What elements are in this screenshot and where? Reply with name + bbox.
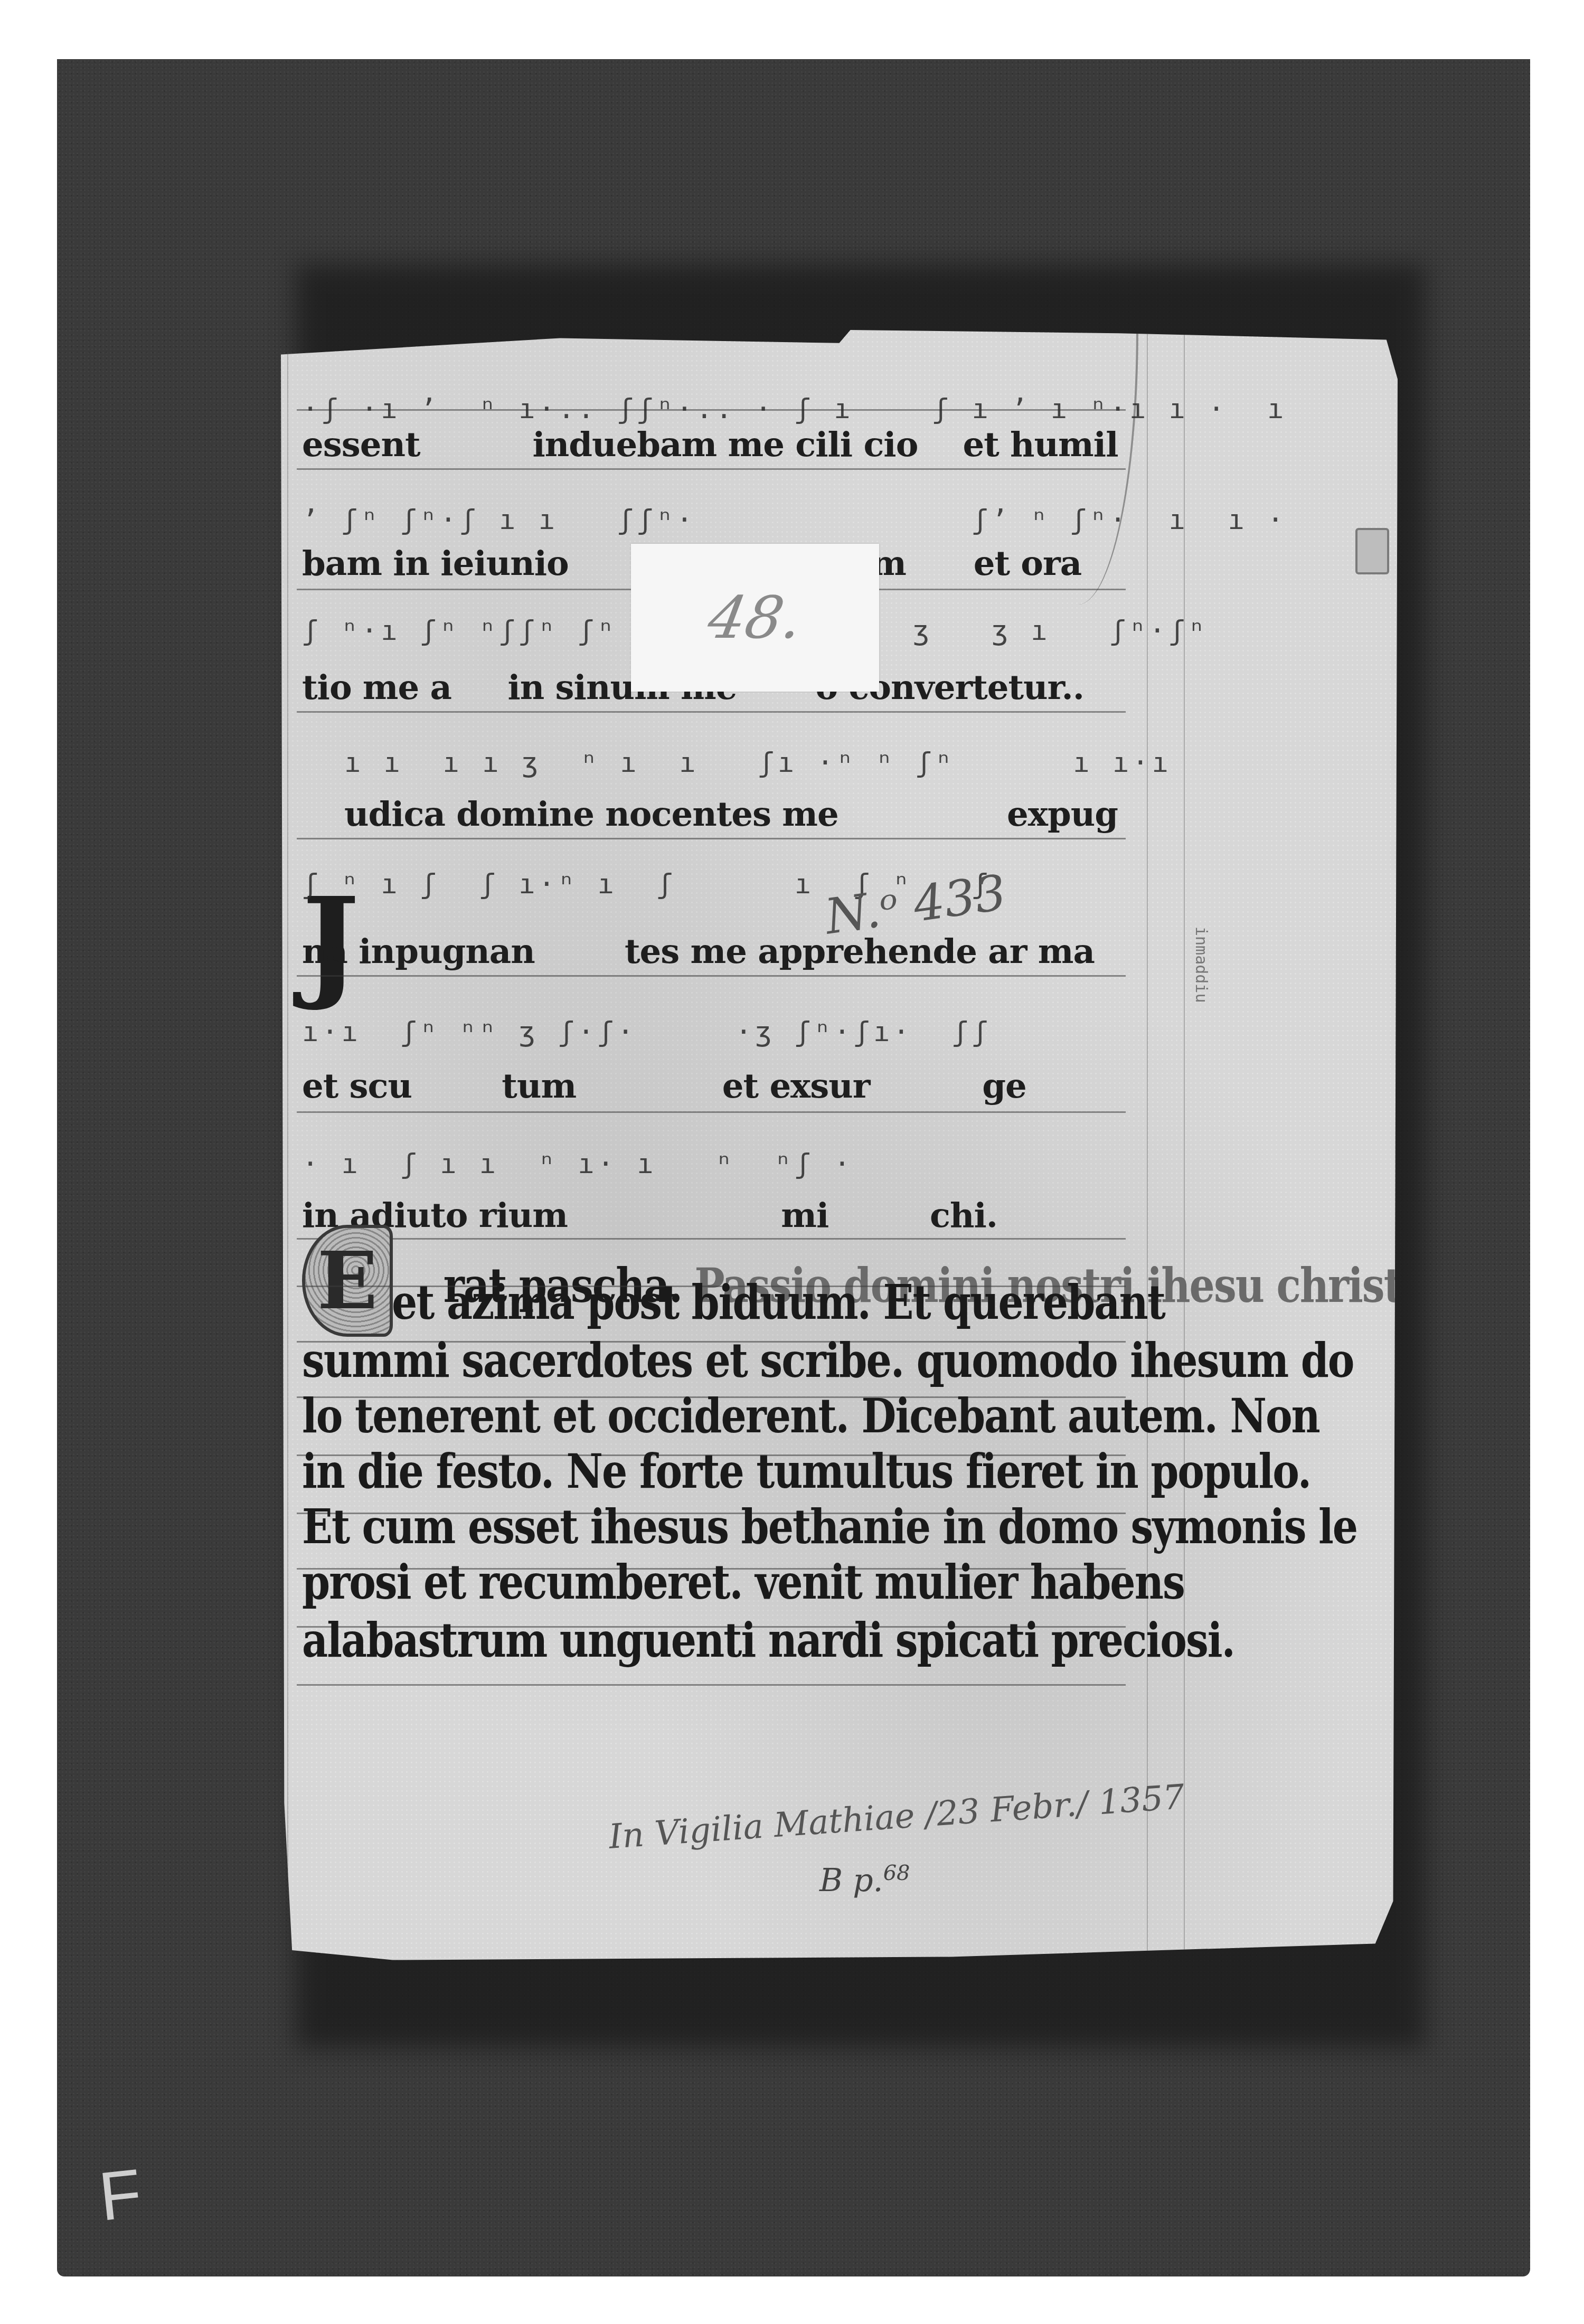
pencil-annotation-reference: B p.68 [819, 1861, 910, 1899]
chant-text-line: et scu tum et exsur ge [302, 1066, 1026, 1106]
label-number: 48. [703, 584, 807, 651]
manuscript-leaf: inmaddiu ·ʃ ·ı ʼ ⁿ ı·.. ʃʃⁿ·.. · ʃ ı ʃ ı… [281, 330, 1398, 1967]
reference-number: 68 [883, 1861, 910, 1885]
chant-text-line: udica domine nocentes me expug [344, 795, 1118, 834]
decorated-initial-e: E [302, 1225, 393, 1337]
prose-line: lo tenerent et occiderent. Dicebant aute… [302, 1388, 1319, 1443]
neume-line: · ı ʃ ı ı ⁿ ı· ı ⁿ ⁿʃ · [302, 1148, 854, 1180]
ruling-line [297, 1684, 1126, 1686]
prose-line: et azima post biduum. Et querebant [392, 1274, 1165, 1330]
chant-text-line: essent induebam me cili cio et humil [302, 425, 1118, 465]
prose-line: alabastrum unguenti nardi spicati precio… [302, 1612, 1234, 1668]
neume-line: ı ı ı ı ʒ ⁿ ı ı ʃı ·ⁿ ⁿ ʃⁿ ı ı·ı [344, 747, 1172, 779]
prose-line: summi sacerdotes et scribe. quomodo ihes… [302, 1333, 1353, 1388]
prose-line: prosi et recumberet. venit mulier habens [302, 1554, 1184, 1610]
paper-number-label: 48. [631, 544, 879, 692]
binding-clasp [1355, 528, 1389, 574]
ruling-line [297, 1111, 1126, 1113]
neume-line: ʼ ʃⁿ ʃⁿ·ʃ ı ı ʃʃⁿ· ʃʼ ⁿ ʃⁿ· ı ı · [302, 504, 1287, 536]
initial-letter-e: E [317, 1234, 378, 1327]
fold-line [1184, 330, 1185, 1967]
fold-line [1147, 330, 1148, 1967]
neume-line: ·ʃ ·ı ʼ ⁿ ı·.. ʃʃⁿ·.. · ʃ ı ʃ ı ʼ ı ⁿ·ı … [302, 393, 1287, 425]
parchment-tear [1078, 330, 1138, 604]
board-corner-mark: F [95, 2153, 145, 2236]
prose-line: Et cum esset ihesus bethanie in domo sym… [302, 1499, 1357, 1554]
pencil-annotation-date: In Vigilia Mathiae /23 Febr./ 1357 [608, 1778, 1186, 1857]
fold-line [287, 330, 288, 1967]
prose-line: in die festo. Ne forte tumultus fieret i… [302, 1443, 1310, 1499]
reference-prefix: B p. [819, 1862, 883, 1899]
ruling-line [297, 838, 1126, 839]
ruling-line [297, 975, 1126, 977]
spine-text: inmaddiu [1192, 927, 1210, 1003]
chant-text-line: na inpugnan tes me apprehende ar ma [302, 932, 1095, 971]
neume-line: ı·ı ʃⁿ ⁿⁿ ʒ ʃ·ʃ· ·ʒ ʃⁿ·ʃı· ʃʃ [302, 1016, 992, 1048]
ruling-line [297, 711, 1126, 713]
ruling-line [297, 468, 1126, 470]
